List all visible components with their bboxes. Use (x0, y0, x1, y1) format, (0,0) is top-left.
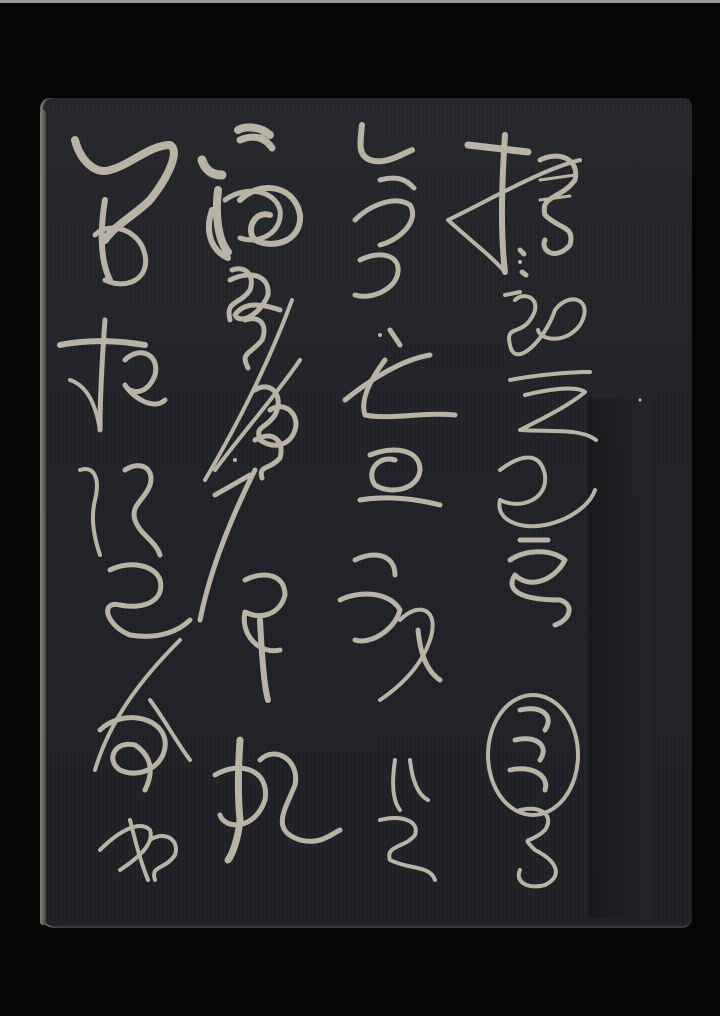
column-5-characters (60, 140, 190, 880)
column-1-characters (448, 135, 596, 886)
calligraphy-strokes (0, 0, 720, 1016)
column-3-characters (200, 127, 340, 860)
column-2-characters (340, 125, 455, 880)
